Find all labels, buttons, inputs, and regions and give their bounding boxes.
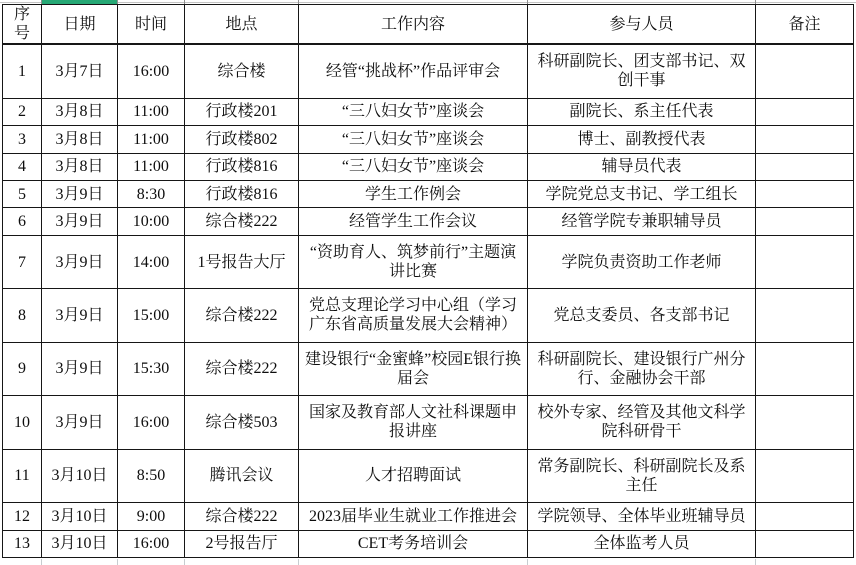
cell-place[interactable]: 1号报告大厅 bbox=[185, 235, 299, 288]
cell-content[interactable]: 学生工作例会 bbox=[299, 180, 528, 207]
table-row: 10 3月9日 16:00 综合楼503 国家及教育部人文社科课题申报讲座 校外… bbox=[3, 396, 854, 449]
gridline-tick bbox=[527, 559, 528, 565]
cell-participants[interactable]: 校外专家、经管及其他文科学院科研骨干 bbox=[528, 396, 756, 449]
cell-content[interactable]: 2023届毕业生就业工作推进会 bbox=[299, 503, 528, 530]
cell-seq[interactable]: 2 bbox=[3, 98, 42, 125]
cell-date[interactable]: 3月10日 bbox=[42, 449, 118, 502]
cell-place[interactable]: 行政楼802 bbox=[185, 126, 299, 153]
cell-time[interactable]: 8:30 bbox=[118, 180, 185, 207]
cell-note[interactable] bbox=[756, 289, 854, 342]
cell-time[interactable]: 9:00 bbox=[118, 503, 185, 530]
table-row: 8 3月9日 15:00 综合楼222 党总支理论学习中心组（学习广东省高质量发… bbox=[3, 289, 854, 342]
cell-seq[interactable]: 1 bbox=[3, 44, 42, 98]
cell-participants[interactable]: 辅导员代表 bbox=[528, 153, 756, 180]
cell-time[interactable]: 16:00 bbox=[118, 396, 185, 449]
cell-seq[interactable]: 4 bbox=[3, 153, 42, 180]
cell-note[interactable] bbox=[756, 153, 854, 180]
cell-date[interactable]: 3月8日 bbox=[42, 98, 118, 125]
cell-date[interactable]: 3月9日 bbox=[42, 235, 118, 288]
cell-place[interactable]: 综合楼222 bbox=[185, 342, 299, 395]
table-row: 13 3月10日 16:00 2号报告厅 CET考务培训会 全体监考人员 bbox=[3, 530, 854, 557]
table-row: 3 3月8日 11:00 行政楼802 “三八妇女节”座谈会 博士、副教授代表 bbox=[3, 126, 854, 153]
table-row: 2 3月8日 11:00 行政楼201 “三八妇女节”座谈会 副院长、系主任代表 bbox=[3, 98, 854, 125]
cell-place[interactable]: 综合楼222 bbox=[185, 503, 299, 530]
cell-participants[interactable]: 学院领导、全体毕业班辅导员 bbox=[528, 503, 756, 530]
cell-seq[interactable]: 8 bbox=[3, 289, 42, 342]
cell-note[interactable] bbox=[756, 235, 854, 288]
cell-date[interactable]: 3月9日 bbox=[42, 208, 118, 235]
gridline-tick bbox=[117, 559, 118, 565]
gridline-tick bbox=[184, 559, 185, 565]
schedule-table: 序号 日期 时间 地点 工作内容 参与人员 备注 1 3月7日 16:00 综合… bbox=[2, 4, 854, 558]
cell-place[interactable]: 综合楼222 bbox=[185, 208, 299, 235]
cell-time[interactable]: 11:00 bbox=[118, 98, 185, 125]
column-header-participants[interactable]: 参与人员 bbox=[528, 5, 756, 45]
cell-seq[interactable]: 5 bbox=[3, 180, 42, 207]
cell-date[interactable]: 3月7日 bbox=[42, 44, 118, 98]
cell-time[interactable]: 8:50 bbox=[118, 449, 185, 502]
cell-date[interactable]: 3月10日 bbox=[42, 503, 118, 530]
table-row: 1 3月7日 16:00 综合楼 经管“挑战杯”作品评审会 科研副院长、团支部书… bbox=[3, 44, 854, 98]
cell-seq[interactable]: 13 bbox=[3, 530, 42, 557]
column-header-note[interactable]: 备注 bbox=[756, 5, 854, 45]
cell-date[interactable]: 3月10日 bbox=[42, 530, 118, 557]
cell-date[interactable]: 3月9日 bbox=[42, 180, 118, 207]
cell-note[interactable] bbox=[756, 530, 854, 557]
cell-date[interactable]: 3月9日 bbox=[42, 396, 118, 449]
cell-place[interactable]: 综合楼503 bbox=[185, 396, 299, 449]
cell-time[interactable]: 11:00 bbox=[118, 153, 185, 180]
cell-participants[interactable]: 副院长、系主任代表 bbox=[528, 98, 756, 125]
cell-note[interactable] bbox=[756, 396, 854, 449]
cell-participants[interactable]: 全体监考人员 bbox=[528, 530, 756, 557]
cell-content[interactable]: “资助育人、筑梦前行”主题演讲比赛 bbox=[299, 235, 528, 288]
cell-place[interactable]: 腾讯会议 bbox=[185, 449, 299, 502]
table-row: 12 3月10日 9:00 综合楼222 2023届毕业生就业工作推进会 学院领… bbox=[3, 503, 854, 530]
cell-seq[interactable]: 11 bbox=[3, 449, 42, 502]
gridline-tick bbox=[298, 559, 299, 565]
table-row: 4 3月8日 11:00 行政楼816 “三八妇女节”座谈会 辅导员代表 bbox=[3, 153, 854, 180]
column-header-seq[interactable]: 序号 bbox=[3, 5, 42, 45]
cell-participants[interactable]: 学院党总支书记、学工组长 bbox=[528, 180, 756, 207]
cell-participants[interactable]: 经管学院专兼职辅导员 bbox=[528, 208, 756, 235]
cell-note[interactable] bbox=[756, 180, 854, 207]
cell-time[interactable]: 10:00 bbox=[118, 208, 185, 235]
cell-place[interactable]: 2号报告厅 bbox=[185, 530, 299, 557]
cell-participants[interactable]: 常务副院长、科研副院长及系主任 bbox=[528, 449, 756, 502]
column-header-time[interactable]: 时间 bbox=[118, 5, 185, 45]
cell-content[interactable]: “三八妇女节”座谈会 bbox=[299, 153, 528, 180]
cell-time[interactable]: 16:00 bbox=[118, 530, 185, 557]
table-row: 7 3月9日 14:00 1号报告大厅 “资助育人、筑梦前行”主题演讲比赛 学院… bbox=[3, 235, 854, 288]
cell-time[interactable]: 11:00 bbox=[118, 126, 185, 153]
table-row: 6 3月9日 10:00 综合楼222 经管学生工作会议 经管学院专兼职辅导员 bbox=[3, 208, 854, 235]
cell-note[interactable] bbox=[756, 98, 854, 125]
cell-place[interactable]: 行政楼201 bbox=[185, 98, 299, 125]
cell-date[interactable]: 3月9日 bbox=[42, 289, 118, 342]
cell-content[interactable]: 经管“挑战杯”作品评审会 bbox=[299, 44, 528, 98]
cell-time[interactable]: 14:00 bbox=[118, 235, 185, 288]
gridline-tick bbox=[41, 559, 42, 565]
cell-time[interactable]: 16:00 bbox=[118, 44, 185, 98]
cell-content[interactable]: 建设银行“金蜜蜂”校园E银行换届会 bbox=[299, 342, 528, 395]
cell-date[interactable]: 3月8日 bbox=[42, 153, 118, 180]
cell-content[interactable]: “三八妇女节”座谈会 bbox=[299, 126, 528, 153]
cell-note[interactable] bbox=[756, 449, 854, 502]
column-header-content[interactable]: 工作内容 bbox=[299, 5, 528, 45]
cell-note[interactable] bbox=[756, 342, 854, 395]
cell-time[interactable]: 15:30 bbox=[118, 342, 185, 395]
cell-seq[interactable]: 7 bbox=[3, 235, 42, 288]
cell-date[interactable]: 3月8日 bbox=[42, 126, 118, 153]
gridline-top bbox=[0, 2, 856, 3]
cell-seq[interactable]: 3 bbox=[3, 126, 42, 153]
spreadsheet-viewport: 序号 日期 时间 地点 工作内容 参与人员 备注 1 3月7日 16:00 综合… bbox=[0, 0, 856, 565]
cell-participants[interactable]: 科研副院长、建设银行广州分行、金融协会干部 bbox=[528, 342, 756, 395]
cell-time[interactable]: 15:00 bbox=[118, 289, 185, 342]
cell-content[interactable]: 党总支理论学习中心组（学习广东省高质量发展大会精神） bbox=[299, 289, 528, 342]
cell-content[interactable]: 国家及教育部人文社科课题申报讲座 bbox=[299, 396, 528, 449]
cell-place[interactable]: 综合楼 bbox=[185, 44, 299, 98]
cell-participants[interactable]: 学院负责资助工作老师 bbox=[528, 235, 756, 288]
cell-seq[interactable]: 12 bbox=[3, 503, 42, 530]
cell-content[interactable]: 经管学生工作会议 bbox=[299, 208, 528, 235]
cell-place[interactable]: 行政楼816 bbox=[185, 180, 299, 207]
cell-seq[interactable]: 9 bbox=[3, 342, 42, 395]
column-header-place[interactable]: 地点 bbox=[185, 5, 299, 45]
cell-participants[interactable]: 科研副院长、团支部书记、双创干事 bbox=[528, 44, 756, 98]
cell-note[interactable] bbox=[756, 208, 854, 235]
cell-participants[interactable]: 党总支委员、各支部书记 bbox=[528, 289, 756, 342]
cell-date[interactable]: 3月9日 bbox=[42, 342, 118, 395]
cell-seq[interactable]: 6 bbox=[3, 208, 42, 235]
cell-note[interactable] bbox=[756, 44, 854, 98]
gridline-tick bbox=[755, 559, 756, 565]
cell-place[interactable]: 综合楼222 bbox=[185, 289, 299, 342]
cell-note[interactable] bbox=[756, 126, 854, 153]
cell-content[interactable]: 人才招聘面试 bbox=[299, 449, 528, 502]
header-row: 序号 日期 时间 地点 工作内容 参与人员 备注 bbox=[3, 5, 854, 45]
cell-participants[interactable]: 博士、副教授代表 bbox=[528, 126, 756, 153]
table-row: 11 3月10日 8:50 腾讯会议 人才招聘面试 常务副院长、科研副院长及系主… bbox=[3, 449, 854, 502]
column-header-date[interactable]: 日期 bbox=[42, 5, 118, 45]
table-row: 9 3月9日 15:30 综合楼222 建设银行“金蜜蜂”校园E银行换届会 科研… bbox=[3, 342, 854, 395]
cell-seq[interactable]: 10 bbox=[3, 396, 42, 449]
table-row: 5 3月9日 8:30 行政楼816 学生工作例会 学院党总支书记、学工组长 bbox=[3, 180, 854, 207]
cell-place[interactable]: 行政楼816 bbox=[185, 153, 299, 180]
cell-note[interactable] bbox=[756, 503, 854, 530]
cell-content[interactable]: CET考务培训会 bbox=[299, 530, 528, 557]
cell-content[interactable]: “三八妇女节”座谈会 bbox=[299, 98, 528, 125]
